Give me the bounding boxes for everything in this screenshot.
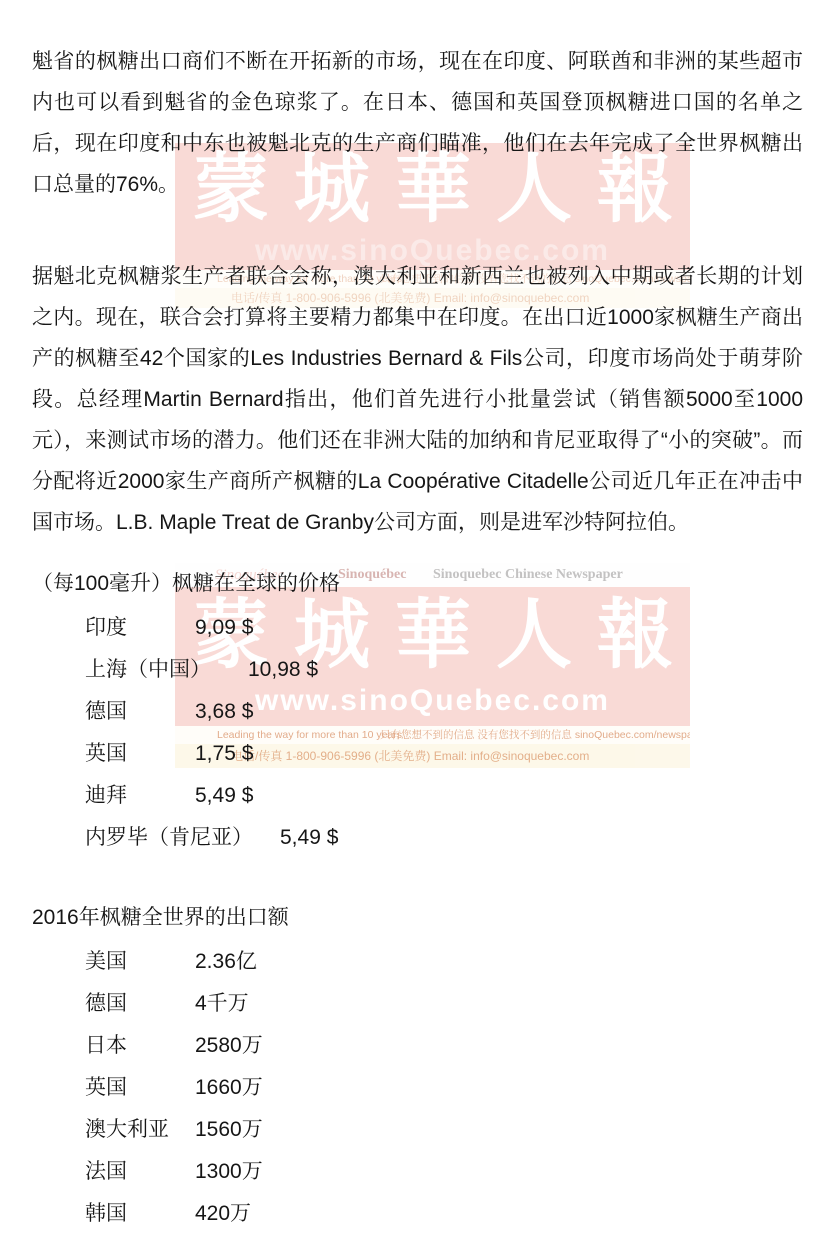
export-list: 美国 2.36亿 德国 4千万 日本 2580万 英国 1660万 澳大利亚 1… (85, 941, 263, 1235)
price-row: 印度 9,09 $ (85, 607, 338, 649)
export-row-value: 420万 (195, 1193, 251, 1235)
export-row-value: 2580万 (195, 1025, 263, 1067)
export-row: 美国 2.36亿 (85, 941, 263, 983)
price-row-label: 内罗毕（肯尼亚） (85, 817, 280, 859)
price-list: 印度 9,09 $ 上海（中国） 10,98 $ 德国 3,68 $ 英国 1,… (85, 607, 338, 859)
export-row: 日本 2580万 (85, 1025, 263, 1067)
price-row: 上海（中国） 10,98 $ (85, 649, 338, 691)
price-row-label: 上海（中国） (85, 649, 248, 691)
export-row-value: 4千万 (195, 983, 249, 1025)
watermark-header-left: Sinoquébec (338, 567, 406, 583)
price-row-value: 9,09 $ (195, 607, 253, 649)
export-row-value: 2.36亿 (195, 941, 257, 983)
article-paragraph-2: 据魁北克枫糖浆生产者联合会称，澳大利亚和新西兰也被列入中期或者长期的计划之内。现… (32, 256, 803, 543)
export-row: 韩国 420万 (85, 1193, 263, 1235)
export-row-value: 1560万 (195, 1109, 263, 1151)
price-row-value: 3,68 $ (195, 691, 253, 733)
watermark-tagline-zh: 只有您想不到的信息 没有您找不到的信息 sinoQuebec.com/newsp… (380, 726, 690, 744)
price-list-title: （每100毫升）枫糖在全球的价格 (32, 569, 340, 599)
export-row-label: 德国 (85, 983, 195, 1025)
export-row: 德国 4千万 (85, 983, 263, 1025)
article-paragraph-1: 魁省的枫糖出口商们不断在开拓新的市场，现在在印度、阿联酋和非洲的某些超市内也可以… (32, 41, 803, 205)
price-row-value: 5,49 $ (195, 775, 253, 817)
watermark-header-right: Sinoquebec Chinese Newspaper (433, 567, 623, 583)
export-row: 澳大利亚 1560万 (85, 1109, 263, 1151)
price-row-value: 1,75 $ (195, 733, 253, 775)
price-row: 内罗毕（肯尼亚） 5,49 $ (85, 817, 338, 859)
price-row: 迪拜 5,49 $ (85, 775, 338, 817)
article-page: { "article": { "paragraphs": [ "魁省的枫糖出口商… (0, 0, 833, 1259)
export-row-label: 日本 (85, 1025, 195, 1067)
price-row-label: 英国 (85, 733, 195, 775)
price-row: 德国 3,68 $ (85, 691, 338, 733)
export-row-label: 法国 (85, 1151, 195, 1193)
export-row: 英国 1660万 (85, 1067, 263, 1109)
export-row-value: 1300万 (195, 1151, 263, 1193)
export-row-label: 英国 (85, 1067, 195, 1109)
price-row-label: 迪拜 (85, 775, 195, 817)
price-row: 英国 1,75 $ (85, 733, 338, 775)
price-row-value: 10,98 $ (248, 649, 318, 691)
price-row-label: 印度 (85, 607, 195, 649)
export-list-title: 2016年枫糖全世界的出口额 (32, 903, 289, 933)
price-row-value: 5,49 $ (280, 817, 338, 859)
export-row-value: 1660万 (195, 1067, 263, 1109)
export-row-label: 澳大利亚 (85, 1109, 195, 1151)
export-row-label: 美国 (85, 941, 195, 983)
price-row-label: 德国 (85, 691, 195, 733)
export-row: 法国 1300万 (85, 1151, 263, 1193)
export-row-label: 韩国 (85, 1193, 195, 1235)
